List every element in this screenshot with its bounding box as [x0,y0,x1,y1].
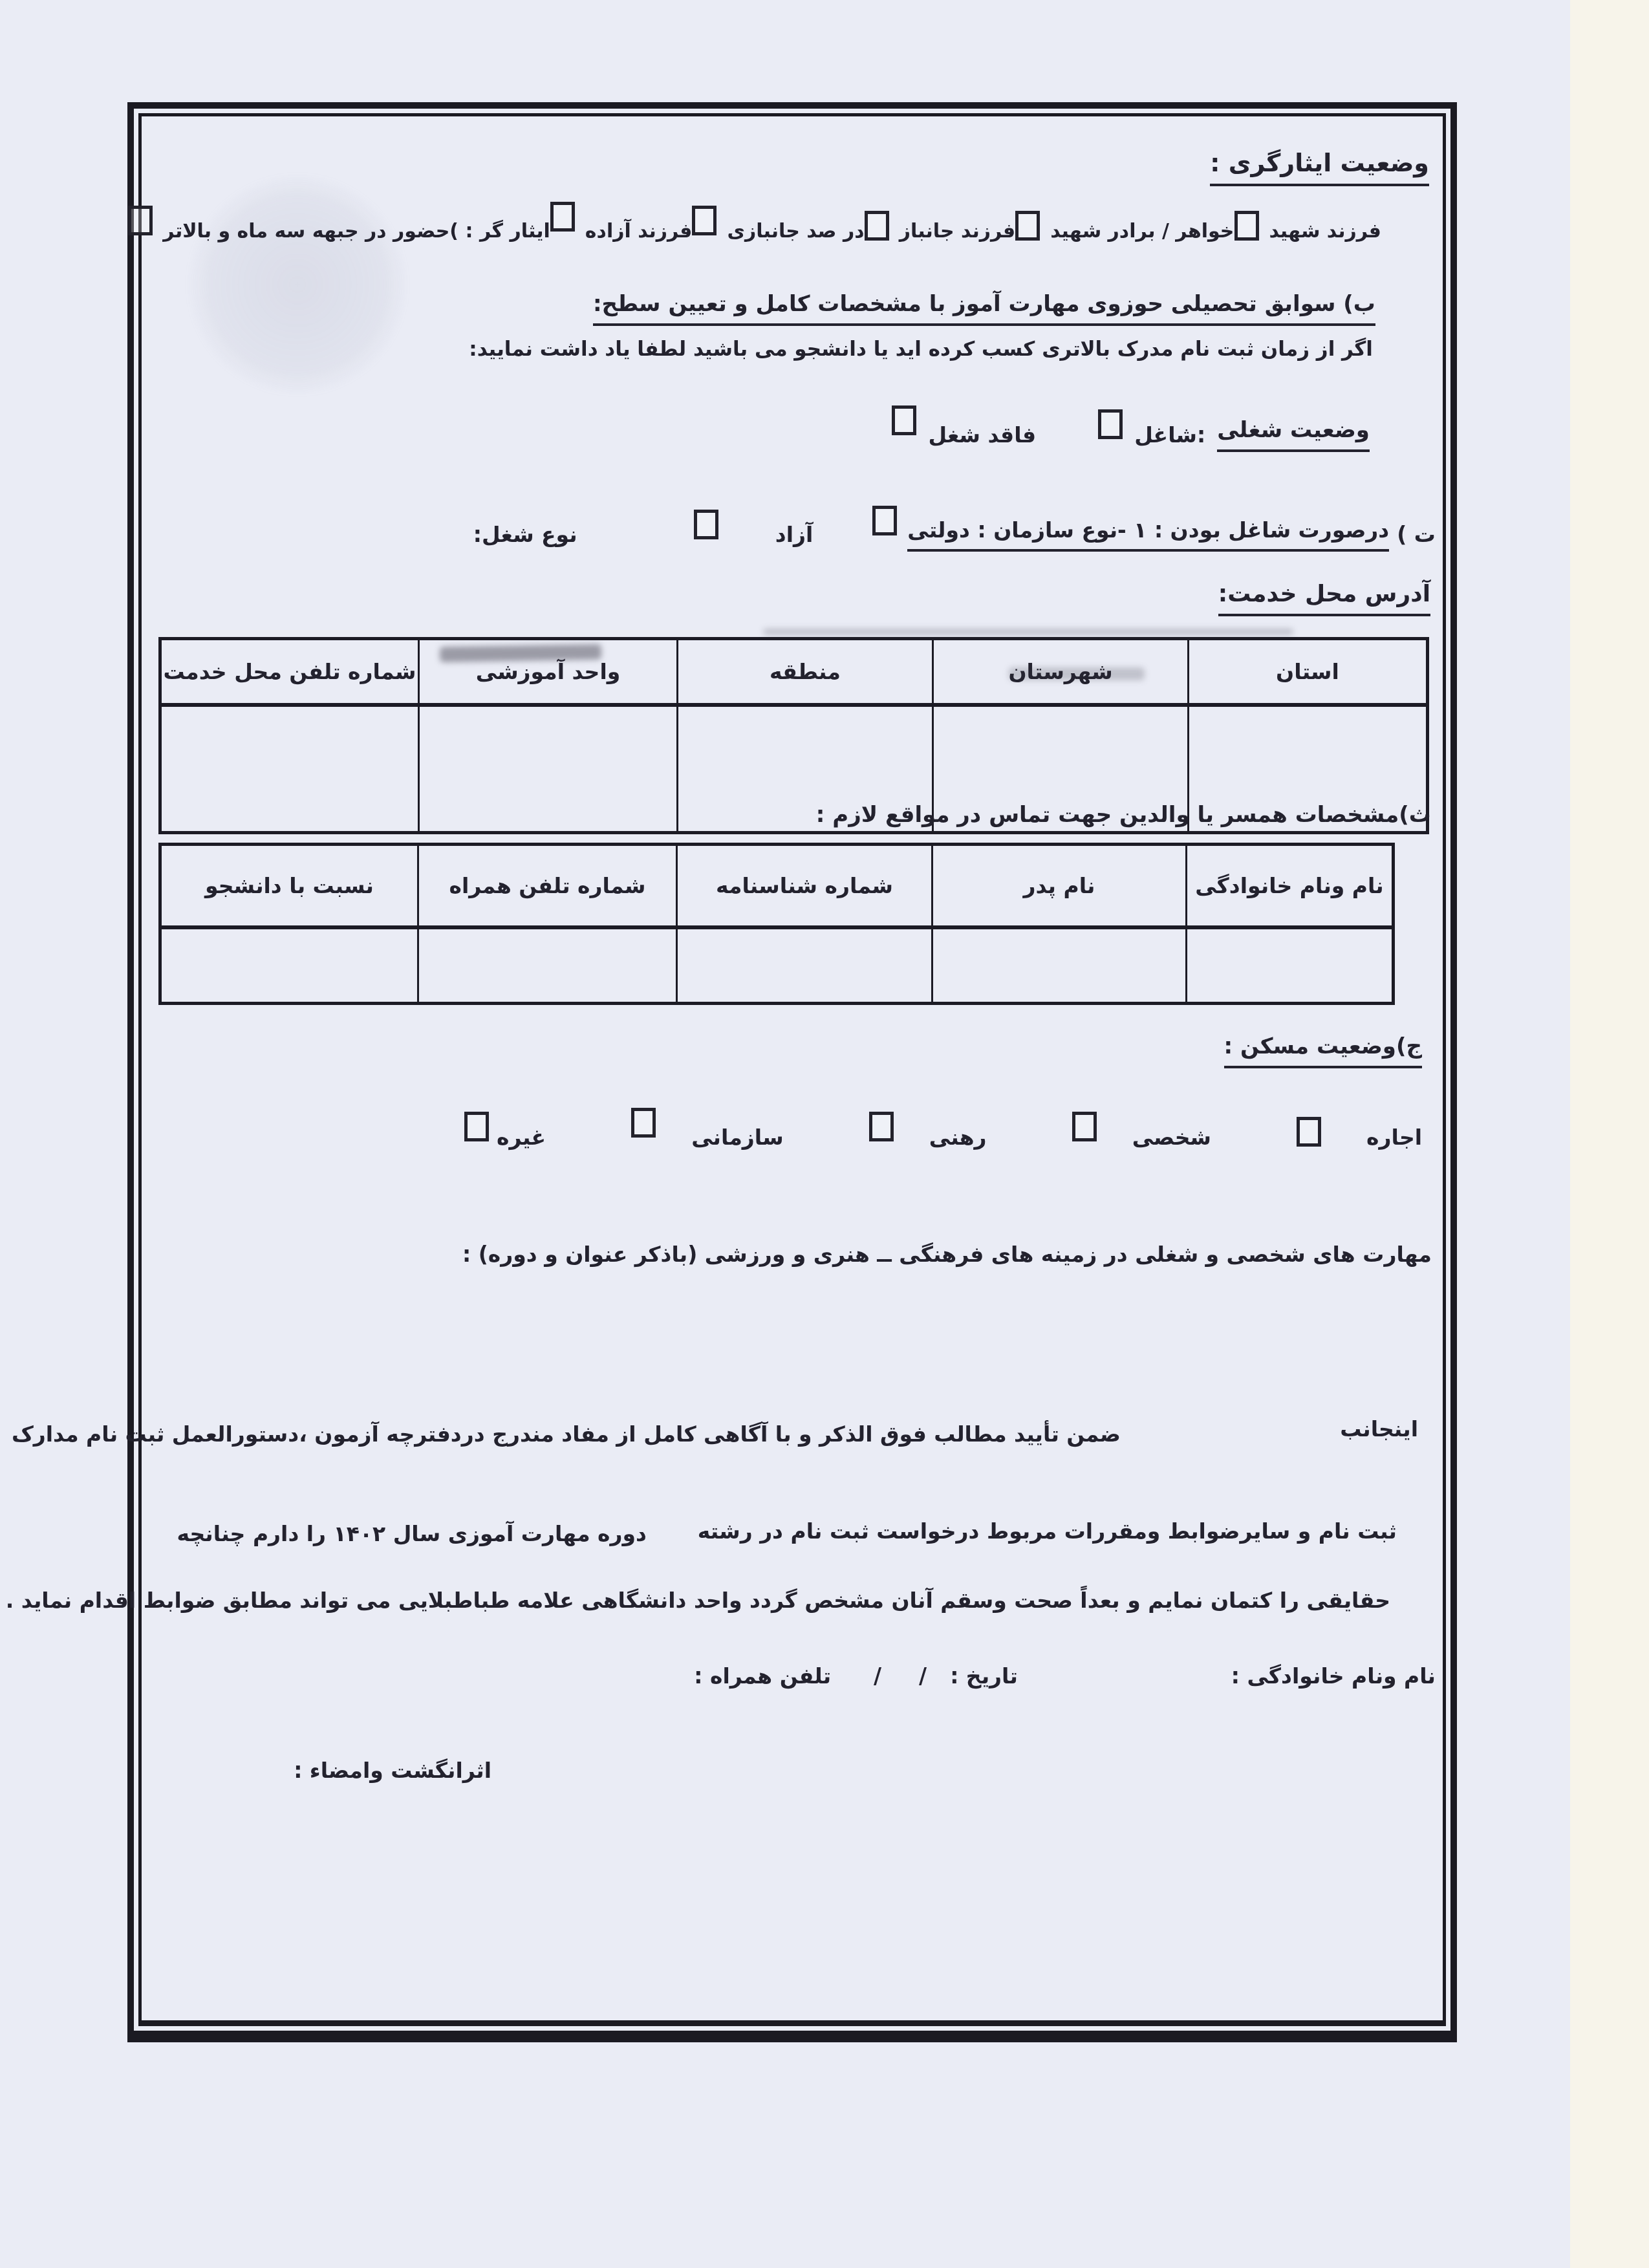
declaration-line2a: ثبت نام و سایرضوابط ومقررات مربوط درخواس… [698,1518,1397,1544]
employment-status-heading: وضعیت شغلی [1217,417,1370,452]
housing-status-heading: ج)وضعیت مسکن : [1224,1033,1422,1068]
contact-cell-father-name[interactable] [932,927,1187,1004]
organization-job-type-label: نوع شغل: [473,522,577,547]
ithar-option-martyr-sibling: خواهر / برادر شهید [1015,216,1234,246]
service-address-col-county: شهرستان [933,639,1189,705]
housing-option-label: رهنی [929,1125,987,1150]
ithar-disability-percent-checkbox[interactable] [692,206,717,235]
ithar-option-label: خواهر / برادر شهید [1050,220,1234,243]
scanned-registration-form-page: { "form": { "ithar": { "heading": "وضعیت… [0,0,1649,2268]
field-of-study-blank[interactable] [653,1518,802,1551]
employment-employed-checkbox[interactable] [1098,409,1123,439]
contact-cell-relation[interactable] [160,927,418,1004]
organization-free-checkbox[interactable] [694,510,718,539]
housing-options-row: اجاره شخصی رهنی سازمانی غیره [464,1122,1422,1152]
ithar-status-heading-text: وضعیت ایثارگری : [1210,149,1429,186]
contact-cell-fullname[interactable] [1187,927,1394,1004]
contact-col-relation: نسبت با دانشجو [160,845,418,927]
employment-status-row: وضعیت شغلی :شاغل فاقد شغل [892,417,1370,452]
employment-employed-label: :شاغل [1134,422,1205,448]
ithar-option-label: ایثار گر : )حضور در جبهه سه ماه و بالاتر [163,220,550,243]
declaration-line1: ضمن تأیید مطالب فوق الذکر و با آگاهی کام… [12,1421,1121,1447]
ithar-option-label: فرزند جانباز [900,220,1016,243]
housing-option-label: اجاره [1366,1125,1422,1150]
declaration-line2b: دوره مهارت آموزی سال ۱۴۰۲ را دارم چنانچه [177,1521,647,1546]
organization-prefix: ت ) [1397,522,1436,547]
service-address-heading-text: آدرس محل خدمت: [1218,581,1430,616]
ithar-option-label: فرزند آزاده [585,220,693,243]
contact-persons-heading: ث)مشخصات همسر یا والدین جهت تماس در مواق… [816,802,1431,828]
declaration-line3: حقایقی را کتمان نمایم و بعداً صحت وسقم آ… [6,1588,1390,1613]
service-address-cell-phone[interactable] [160,705,419,833]
education-records-heading-text: ب) سوابق تحصیلی حوزوی مهارت آموز با مشخص… [593,291,1375,326]
ithar-freed-child-checkbox[interactable] [550,202,575,232]
service-address-col-phone: شماره تلفن محل خدمت [160,639,419,705]
ithar-option-veteran-child: فرزند جانباز [865,216,1016,246]
organization-governmental-checkbox[interactable] [872,506,897,535]
signature-name-label: نام ونام خانوادگی : [1231,1663,1436,1689]
skills-label: مهارت های شخصی و شغلی در زمینه های فرهنگ… [462,1242,1432,1267]
organization-type-row: ت ) درصورت شاغل بودن : ۱ -نوع سازمان : د… [473,517,1436,552]
form-frame [127,102,1457,2042]
ithar-front-presence-checkbox[interactable] [128,206,153,235]
housing-option-personal: شخصی [1072,1122,1211,1152]
contact-cell-mobile[interactable] [418,927,677,1004]
housing-option-mortgage: رهنی [869,1122,987,1152]
ithar-option-freed-child: فرزند آزاده [550,216,693,246]
organization-governmental-label: درصورت شاغل بودن : ۱ -نوع سازمان : دولتی [907,517,1389,552]
contact-col-father-name: نام پدر [932,845,1187,927]
ithar-option-label: در صد جانبازی [727,220,864,243]
declaration-applicant-label: اینجانب [1340,1416,1418,1442]
employment-unemployed-label: فاقد شغل [928,422,1036,448]
housing-rent-checkbox[interactable] [1297,1117,1321,1147]
housing-option-label: غیره [497,1125,546,1150]
housing-option-other: غیره [464,1122,546,1152]
ithar-option-label: فرزند شهید [1269,220,1382,243]
ithar-option-front-presence: ایثار گر : )حضور در جبهه سه ماه و بالاتر [128,216,550,246]
contact-persons-table: نام ونام خانوادگی نام پدر شماره شناسنامه… [158,843,1395,1005]
housing-other-checkbox[interactable] [464,1112,489,1141]
fingerprint-signature-label: اثرانگشت وامضاء : [294,1758,491,1783]
signature-date-label: تاریخ : [950,1663,1018,1689]
contact-col-id-number: شماره شناسنامه [677,845,932,927]
housing-option-organizational: سازمانی [631,1122,783,1152]
scan-edge-strip [1570,0,1649,2268]
education-records-heading: ب) سوابق تحصیلی حوزوی مهارت آموز با مشخص… [593,291,1375,326]
organization-free-label: آزاد [775,522,814,547]
service-address-cell-edu-unit[interactable] [419,705,678,833]
contact-col-fullname: نام ونام خانوادگی [1187,845,1394,927]
date-slash: / [919,1663,927,1689]
service-address-col-province: استان [1189,639,1428,705]
form-frame-inner [138,113,1446,2026]
ithar-status-heading: وضعیت ایثارگری : [1210,149,1429,186]
ithar-options-row: فرزند شهید خواهر / برادر شهید فرزند جانب… [167,216,1381,246]
housing-mortgage-checkbox[interactable] [869,1112,894,1141]
applicant-name-blank[interactable] [1125,1416,1352,1449]
ithar-veteran-child-checkbox[interactable] [865,211,889,241]
ithar-martyr-sibling-checkbox[interactable] [1015,211,1040,241]
ithar-option-martyr-child: فرزند شهید [1234,216,1382,246]
housing-option-rent: اجاره [1297,1122,1422,1152]
contact-col-mobile: شماره تلفن همراه [418,845,677,927]
date-slash: / [874,1663,881,1689]
housing-organizational-checkbox[interactable] [631,1108,656,1138]
ithar-option-disability-percent: در صد جانبازی [692,216,864,246]
education-records-note: اگر از زمان ثبت نام مدرک بالاتری کسب کرد… [469,338,1373,361]
signature-phone-label: تلفن همراه : [694,1663,831,1689]
service-address-col-district: منطقه [678,639,933,705]
housing-status-heading-text: ج)وضعیت مسکن : [1224,1033,1422,1068]
housing-personal-checkbox[interactable] [1072,1112,1097,1141]
service-address-heading: آدرس محل خدمت: [1218,581,1430,616]
housing-option-label: سازمانی [691,1125,783,1150]
employment-unemployed-checkbox[interactable] [892,405,916,435]
ithar-martyr-child-checkbox[interactable] [1234,211,1259,241]
signature-row: نام ونام خانوادگی : تاریخ : / / تلفن همر… [694,1663,1436,1689]
contact-cell-id-number[interactable] [677,927,932,1004]
service-address-col-edu-unit: واحد آموزشی [419,639,678,705]
housing-option-label: شخصی [1132,1125,1211,1150]
fingerprint-signature-area[interactable] [291,1798,679,1979]
